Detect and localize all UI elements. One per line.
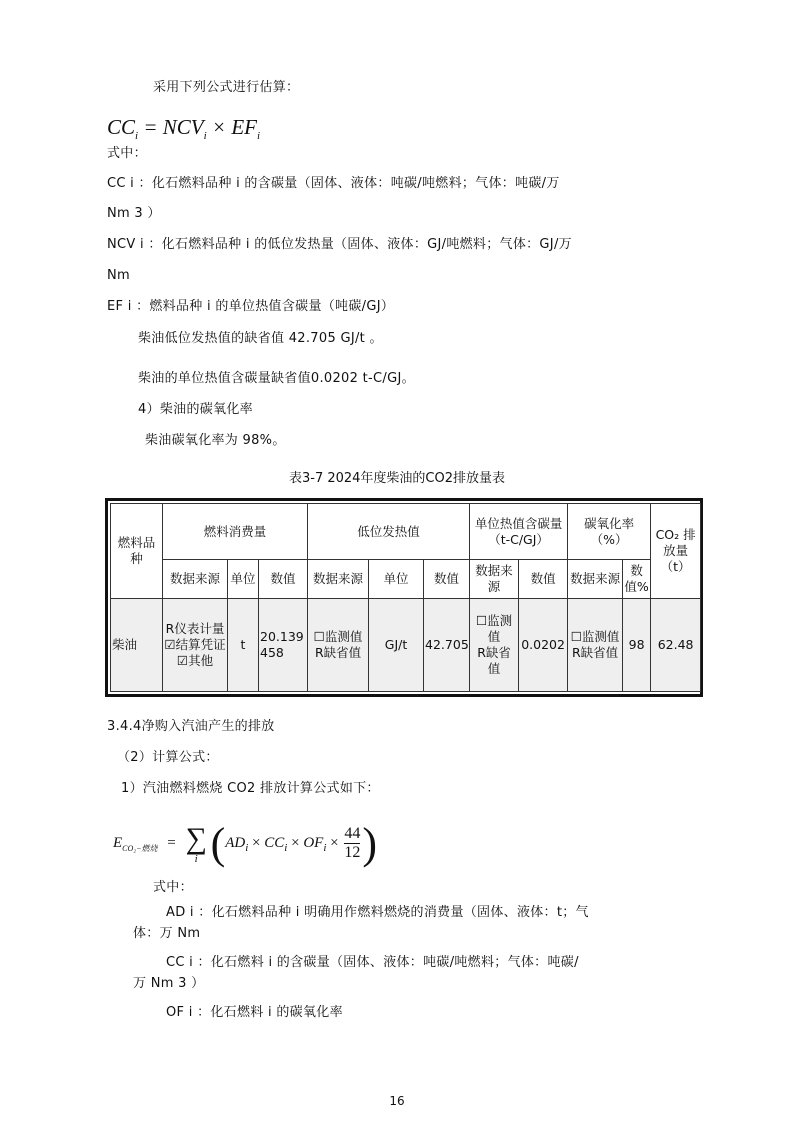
note-ncv-default: 柴油低位发热值的缺省值 42.705 GJ/t 。: [138, 331, 383, 347]
header-emission: CO₂ 排放量（t）: [651, 504, 701, 599]
def-of: OF i ：化石燃料 i 的碳氧化率: [166, 1005, 343, 1021]
cell-consumption-unit: t: [228, 599, 259, 692]
section-subheading: （2）计算公式：: [117, 750, 219, 766]
subheader-consumption-source: 数据来源: [163, 560, 228, 599]
section-heading: 3.4.4净购入汽油产生的排放: [107, 719, 275, 735]
source-option-default: R缺省值: [309, 645, 367, 661]
note-oxidation-heading: 4）柴油的碳氧化率: [138, 402, 253, 418]
note-cc-default: 柴油的单位热值含碳量缺省值0.0202 t-C/GJ。: [138, 371, 415, 387]
cell-ox-value: 98: [623, 599, 651, 692]
cell-consumption-value: 20.139458: [259, 599, 308, 692]
formula-emission: ECO₂−燃烧 = ∑i (ADi × CCi × OFi × 4412): [113, 818, 377, 869]
cell-ncv-unit: GJ/t: [369, 599, 424, 692]
cell-emission: 62.48: [651, 599, 701, 692]
header-ncv: 低位发热值: [308, 504, 470, 560]
formula-cc: CCi = NCVi × EFi: [107, 115, 260, 142]
subheader-consumption-value: 数值: [259, 560, 308, 599]
source-option-default: R缺省值: [569, 645, 621, 661]
subheader-ncv-value: 数值: [424, 560, 470, 599]
def-ncv: NCV i ：化石燃料品种 i 的低位发热量（固体、液体：GJ/吨燃料；气体：G…: [107, 237, 572, 253]
cell-cc-source: ☐监测值 R缺省值: [470, 599, 519, 692]
def-cc2: CC i ：化石燃料 i 的含碳量（固体、液体：吨碳/吨燃料；气体：吨碳/: [166, 955, 579, 971]
header-consumption: 燃料消费量: [163, 504, 308, 560]
def-ef: EF i ：燃料品种 i 的单位热值含碳量（吨碳/GJ）: [107, 299, 394, 315]
cell-ox-source: ☐监测值 R缺省值: [568, 599, 623, 692]
source-option-meter: R仪表计量: [164, 621, 226, 637]
cell-consumption-source: R仪表计量 ☑结算凭证 ☑其他: [163, 599, 228, 692]
page-number: 16: [0, 1094, 794, 1108]
source-option-settlement: ☑结算凭证: [164, 637, 226, 653]
subheader-ox-value: 数值%: [623, 560, 651, 599]
intro-text: 采用下列公式进行估算：: [153, 80, 299, 96]
table-caption: 表3-7 2024年度柴油的CO2排放量表: [0, 467, 794, 486]
def-ncv-cont: Nm: [107, 268, 130, 284]
table-row: 柴油 R仪表计量 ☑结算凭证 ☑其他 t 20.139458 ☐监测值 R缺省值…: [111, 599, 701, 692]
header-carbon-content: 单位热值含碳量（t-C/GJ）: [470, 504, 568, 560]
emission-table: 燃料品种 燃料消费量 低位发热值 单位热值含碳量（t-C/GJ） 碳氧化率（%）…: [105, 498, 703, 697]
cell-ncv-source: ☐监测值 R缺省值: [308, 599, 369, 692]
source-option-measured: ☐监测值: [309, 629, 367, 645]
def-cc2-cont: 万 Nm 3 ）: [133, 976, 204, 992]
def-ad-cont: 体：万 Nm: [133, 926, 200, 942]
where-label-2: 式中：: [153, 880, 193, 896]
def-cc: CC i ：化石燃料品种 i 的含碳量（固体、液体：吨碳/吨燃料；气体：吨碳/万: [107, 176, 560, 192]
source-option-other: ☑其他: [164, 653, 226, 669]
def-cc-cont: Nm 3 ）: [107, 206, 161, 222]
section-item: 1）汽油燃料燃烧 CO2 排放计算公式如下：: [121, 781, 380, 797]
source-option-measured: ☐监测值: [471, 613, 517, 645]
subheader-ncv-source: 数据来源: [308, 560, 369, 599]
subheader-ox-source: 数据来源: [568, 560, 623, 599]
subheader-cc-value: 数值: [519, 560, 568, 599]
header-fuel-type: 燃料品种: [111, 504, 163, 599]
note-oxidation-value: 柴油碳氧化率为 98%。: [145, 433, 286, 449]
subheader-ncv-unit: 单位: [369, 560, 424, 599]
subheader-consumption-unit: 单位: [228, 560, 259, 599]
header-oxidation: 碳氧化率（%）: [568, 504, 651, 560]
source-option-default: R缺省值: [471, 645, 517, 677]
where-label: 式中：: [107, 146, 147, 162]
cell-fuel: 柴油: [111, 599, 163, 692]
source-option-measured: ☐监测值: [569, 629, 621, 645]
subheader-cc-source: 数据来源: [470, 560, 519, 599]
cell-cc-value: 0.0202: [519, 599, 568, 692]
def-ad: AD i ：化石燃料品种 i 明确用作燃料燃烧的消费量（固体、液体：t；气: [166, 905, 589, 921]
cell-ncv-value: 42.705: [424, 599, 470, 692]
